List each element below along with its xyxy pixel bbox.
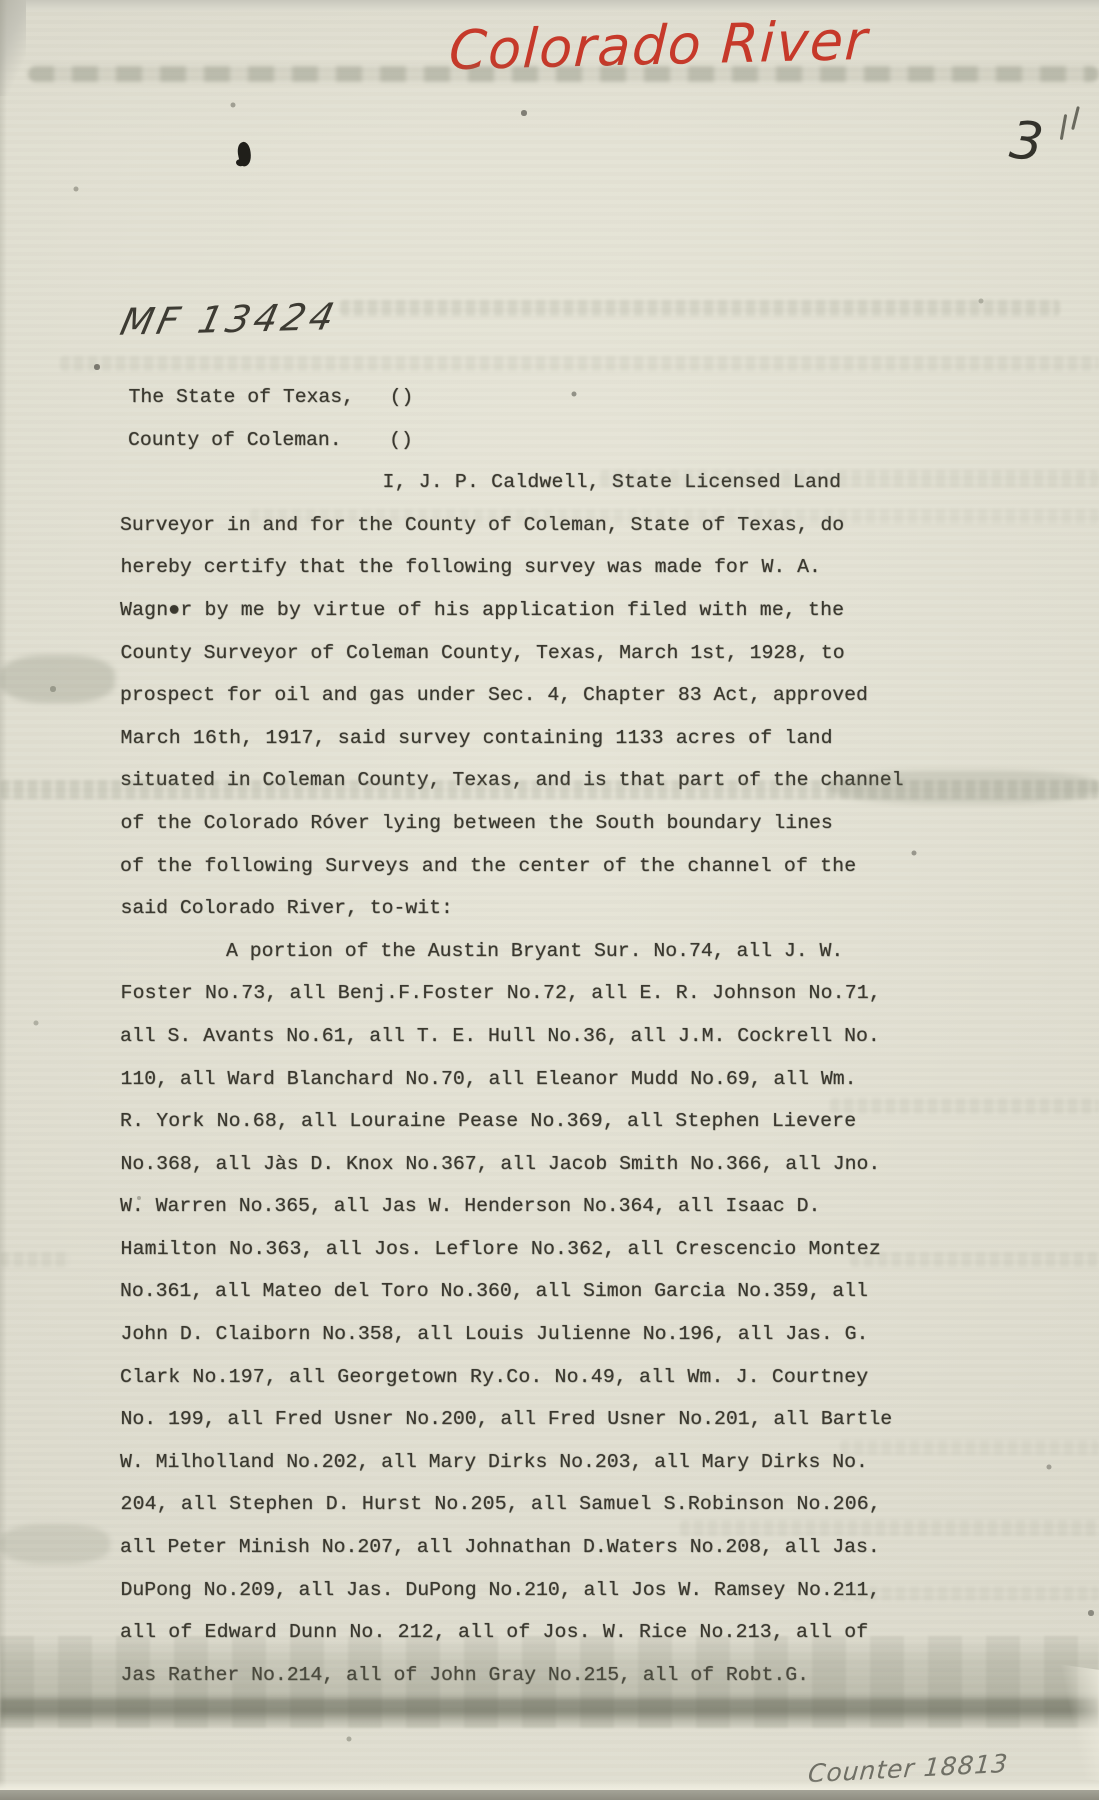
page-top-edge <box>0 0 1099 12</box>
stray-pen-mark <box>1060 114 1067 140</box>
handwritten-file-number: MF 13424 <box>117 295 343 344</box>
typed-line: of the Colorado Róver lying between the … <box>121 802 1051 845</box>
bleedthrough-band <box>250 509 1099 524</box>
handwritten-page-number: 3 <box>1007 110 1046 173</box>
typed-line: prospect for oil and gas under Sec. 4, C… <box>120 674 1050 717</box>
bleedthrough-band <box>0 1252 70 1267</box>
bleedthrough-band <box>60 356 1099 371</box>
smudge-band-bottom <box>0 1636 1099 1728</box>
bleedthrough-band <box>340 300 1060 316</box>
typed-line: of the following Surveys and the center … <box>120 845 1050 888</box>
smudge-blotch <box>0 655 115 703</box>
typed-line: No.361, all Mateo del Toro No.360, all S… <box>120 1270 1050 1313</box>
typed-line: No.368, all Jàs D. Knox No.367, all Jaco… <box>121 1143 1051 1186</box>
bleedthrough-band <box>830 1098 1099 1114</box>
typed-line: Wagn●r by me by virtue of his applicatio… <box>120 589 1050 632</box>
smudge-streak-top <box>28 66 1099 82</box>
typed-line: The State of Texas, () <box>121 376 1051 419</box>
typed-line: County of Coleman. () <box>120 419 1050 462</box>
scanned-document-page: Colorado River 3 MF 13424 The State of T… <box>0 0 1099 1800</box>
typed-line: hereby certify that the following survey… <box>121 546 1051 589</box>
bleedthrough-band <box>680 1520 1099 1536</box>
bleedthrough-band <box>600 470 1099 487</box>
background-below-page <box>0 1790 1099 1800</box>
bleedthrough-band <box>840 1440 1099 1455</box>
bleedthrough-band <box>840 1586 1099 1601</box>
dust-speckles <box>0 0 2 2</box>
bleedthrough-band <box>850 1252 1099 1267</box>
typed-line: Clark No.197, all Georgetown Ry.Co. No.4… <box>120 1356 1050 1399</box>
page-left-edge <box>0 0 7 1800</box>
typed-line: March 16th, 1917, said survey containing… <box>121 717 1051 760</box>
stray-pen-mark <box>1071 106 1079 130</box>
smudge-blotch <box>0 1524 110 1564</box>
typed-line: County Surveyor of Coleman County, Texas… <box>121 632 1051 675</box>
typed-line: John D. Claiborn No.358, all Louis Julie… <box>121 1313 1051 1356</box>
smudge-band-bottom-dark <box>0 1698 1099 1714</box>
typed-line: Foster No.73, all Benj.F.Foster No.72, a… <box>121 972 1051 1015</box>
typed-line: A portion of the Austin Bryant Sur. No.7… <box>120 930 1050 973</box>
typed-line: No. 199, all Fred Usner No.200, all Fred… <box>121 1398 1051 1441</box>
page-bottom-edge-highlight <box>0 1780 1099 1790</box>
typed-line: W. Warren No.365, all Jas W. Henderson N… <box>120 1185 1050 1228</box>
typed-line: 110, all Ward Blanchard No.70, all Elean… <box>121 1058 1051 1101</box>
typed-line: all S. Avants No.61, all T. E. Hull No.3… <box>120 1015 1050 1058</box>
ink-blot <box>235 141 253 167</box>
smudge-blotch <box>830 770 1099 804</box>
typed-line: said Colorado River, to-wit: <box>121 887 1051 930</box>
typed-text-block: The State of Texas, ()County of Coleman.… <box>120 376 1050 1696</box>
